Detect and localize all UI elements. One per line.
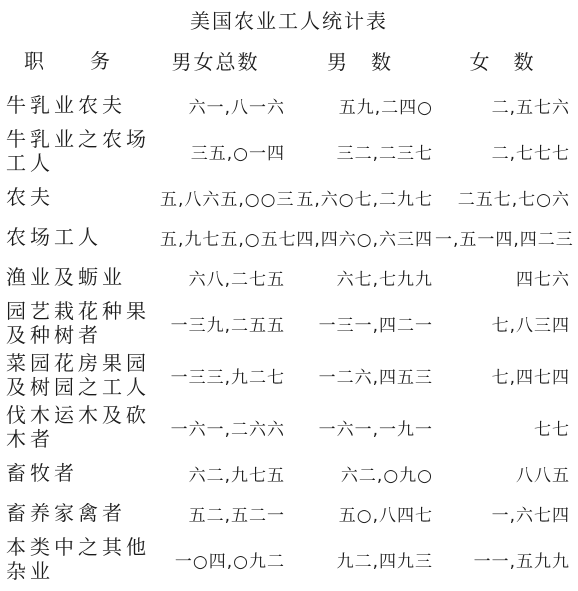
column-header-female: 女 数	[435, 46, 578, 75]
male-count-cell: 四,四六○,六三四	[285, 225, 435, 250]
female-count-cell: 七,八三四	[435, 311, 578, 336]
total-count-cell: 三五,○一四	[160, 139, 285, 164]
male-count-cell: 六二,○九○	[285, 461, 435, 486]
total-count-cell: 一三九,二五五	[160, 311, 285, 336]
occupation-cell: 渔业及蛎业	[0, 265, 160, 289]
female-count-cell: 四七六	[435, 265, 578, 290]
table-row: 农场工人五,九七五,○五七四,四六○,六三四一,五一四,四二三	[0, 217, 578, 257]
male-count-cell: 一六一,一九一	[285, 415, 435, 440]
male-count-cell: 五九,二四○	[285, 93, 435, 118]
column-header-male: 男 数	[285, 46, 435, 75]
total-count-cell: 五二,五二一	[160, 501, 285, 526]
occupation-cell: 伐木运木及砍 木者	[0, 403, 160, 451]
female-count-cell: 七,四七四	[435, 363, 578, 388]
female-count-cell: 一,六七四	[435, 501, 578, 526]
occupation-cell: 畜牧者	[0, 461, 160, 485]
table-header-row: 职 务 男女总数 男 数 女 数	[0, 46, 578, 75]
occupation-cell: 农场工人	[0, 225, 160, 249]
occupation-cell: 菜园花房果园 及树园之工人	[0, 351, 160, 399]
female-count-cell: 一一,五九九	[435, 547, 578, 572]
male-count-cell: 一二六,四五三	[285, 363, 435, 388]
occupation-cell: 畜养家禽者	[0, 501, 160, 525]
total-count-cell: 六八,二七五	[160, 265, 285, 290]
occupation-cell: 牛乳业农夫	[0, 93, 160, 117]
male-count-cell: 一三一,四二一	[285, 311, 435, 336]
female-count-cell: 二,七七七	[435, 139, 578, 164]
male-count-cell: 五○,八四七	[285, 501, 435, 526]
page-title: 美国农业工人统计表	[0, 8, 578, 34]
table-row: 伐木运木及砍 木者一六一,二六六一六一,一九一七七	[0, 401, 578, 453]
column-header-occupation: 职 务	[0, 49, 160, 73]
female-count-cell: 一,五一四,四二三	[435, 225, 578, 250]
total-count-cell: 六二,九七五	[160, 461, 285, 486]
occupation-cell: 农夫	[0, 185, 160, 209]
table-row: 牛乳业农夫六一,八一六五九,二四○二,五七六	[0, 85, 578, 125]
total-count-cell: 一三三,九二七	[160, 363, 285, 388]
table-row: 牛乳业之农场 工人三五,○一四三二,二三七二,七七七	[0, 125, 578, 177]
table-row: 畜牧者六二,九七五六二,○九○八八五	[0, 453, 578, 493]
occupation-cell: 本类中之其他 杂业	[0, 535, 160, 583]
total-count-cell: 一六一,二六六	[160, 415, 285, 440]
table-row: 菜园花房果园 及树园之工人一三三,九二七一二六,四五三七,四七四	[0, 349, 578, 401]
total-count-cell: 六一,八一六	[160, 93, 285, 118]
table-row: 农夫五,八六五,○○三五,六○七,二九七二五七,七○六	[0, 177, 578, 217]
table-row: 畜养家禽者五二,五二一五○,八四七一,六七四	[0, 493, 578, 533]
female-count-cell: 八八五	[435, 461, 578, 486]
total-count-cell: 一○四,○九二	[160, 547, 285, 572]
occupation-cell: 牛乳业之农场 工人	[0, 127, 160, 175]
male-count-cell: 五,六○七,二九七	[285, 185, 435, 210]
scanned-statistics-page: 美国农业工人统计表 职 务 男女总数 男 数 女 数 牛乳业农夫六一,八一六五九…	[0, 0, 578, 591]
female-count-cell: 二,五七六	[435, 93, 578, 118]
table-body: 牛乳业农夫六一,八一六五九,二四○二,五七六牛乳业之农场 工人三五,○一四三二,…	[0, 85, 578, 585]
total-count-cell: 五,九七五,○五七	[160, 225, 285, 250]
male-count-cell: 九二,四九三	[285, 547, 435, 572]
occupation-cell: 园艺栽花种果 及种树者	[0, 299, 160, 347]
female-count-cell: 七七	[435, 415, 578, 440]
total-count-cell: 五,八六五,○○三	[160, 185, 285, 210]
table-row: 园艺栽花种果 及种树者一三九,二五五一三一,四二一七,八三四	[0, 297, 578, 349]
female-count-cell: 二五七,七○六	[435, 185, 578, 210]
table-row: 渔业及蛎业六八,二七五六七,七九九四七六	[0, 257, 578, 297]
male-count-cell: 三二,二三七	[285, 139, 435, 164]
male-count-cell: 六七,七九九	[285, 265, 435, 290]
column-header-total: 男女总数	[160, 46, 285, 75]
table-row: 本类中之其他 杂业一○四,○九二九二,四九三一一,五九九	[0, 533, 578, 585]
